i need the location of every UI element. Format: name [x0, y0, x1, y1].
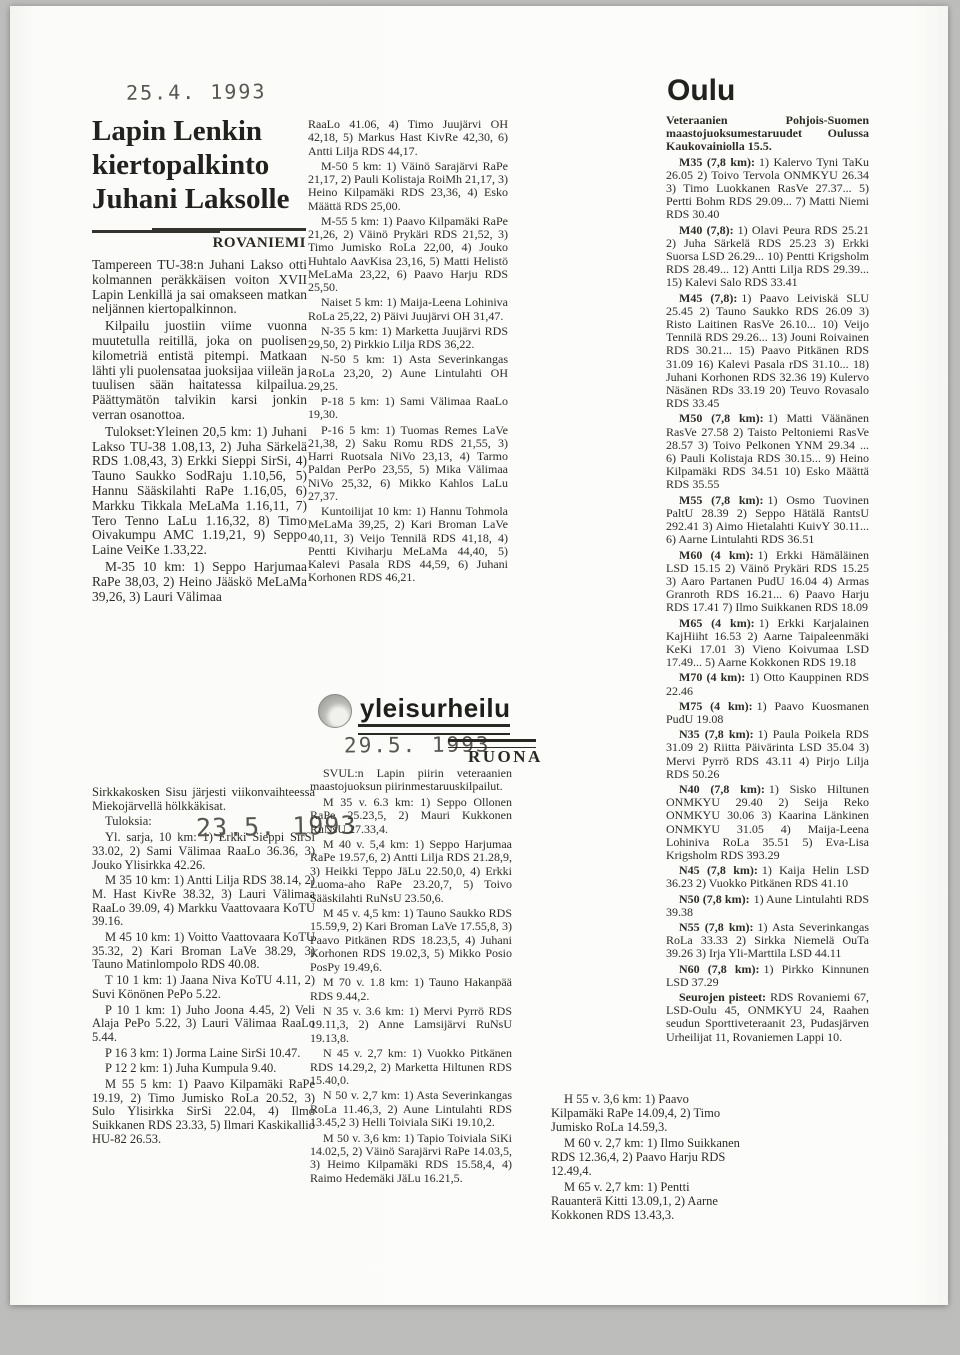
results-paragraph: M50 (7,8 km):1) Matti Väänänen RasVe 27.…	[666, 412, 869, 491]
results-paragraph: M40 (7,8):1) Olavi Peura RDS 25.21 2) Ju…	[666, 224, 869, 290]
results-paragraph: N45 (7,8 km):1) Kaija Helin LSD 36.23 2)…	[666, 864, 869, 890]
results-paragraph: N-35 5 km: 1) Marketta Juujärvi RDS 29,5…	[308, 325, 508, 352]
handwritten-date-lapin: 25.4. 1993	[126, 79, 267, 104]
results-paragraph: P 12 2 km: 1) Juha Kumpula 9.40.	[92, 1062, 315, 1076]
results-paragraph: N60 (7,8 km):1) Pirkko Kinnunen LSD 37.2…	[666, 963, 869, 989]
results-paragraph: M 60 v. 2,7 km: 1) Ilmo Suikkanen RDS 12…	[551, 1136, 743, 1178]
results-paragraph: M 55 5 km: 1) Paavo Kilpamäki RaPe 19.19…	[92, 1078, 315, 1147]
class-label: N55 (7,8 km):	[679, 920, 754, 934]
results-paragraph: M 45 v. 4,5 km: 1) Tauno Saukko RDS 15.5…	[310, 907, 512, 974]
results-text: 1) Paavo Leiviskä SLU 25.45 2) Tauno Sau…	[666, 291, 869, 411]
svul-intro: SVUL:n Lapin piirin veteraanien maastoju…	[310, 767, 512, 794]
results-paragraph: P-18 5 km: 1) Sami Välimaa RaaLo 19,30.	[308, 395, 508, 422]
article-paragraph: Tampereen TU-38:n Juhani Lakso otti kolm…	[92, 258, 307, 317]
results-paragraph: N 35 v. 3.6 km: 1) Mervi Pyrrö RDS 19.11…	[310, 1005, 512, 1045]
results-paragraph: N-50 5 km: 1) Asta Severinkangas RoLa 23…	[308, 353, 508, 393]
results-paragraph: M 65 v. 2,7 km: 1) Pentti Rauanterä Kitt…	[551, 1180, 743, 1222]
dateline-ruona: RUONA	[468, 747, 543, 767]
oulu-results-column: Veteraanien Pohjois-Suomen maastojuoksum…	[666, 114, 869, 1046]
sirkkakoski-intro: Sirkkakosken Sisu järjesti viikonvaihtee…	[92, 786, 315, 813]
results-paragraph: M 50 v. 3,6 km: 1) Tapio Toiviala SiKi 1…	[310, 1132, 512, 1186]
class-label: Seurojen pisteet:	[679, 990, 766, 1004]
results-paragraph: M 35 v. 6.3 km: 1) Seppo Ollonen RaPe 25…	[310, 796, 512, 836]
article-column: Tampereen TU-38:n Juhani Lakso otti kolm…	[92, 258, 307, 606]
scanned-newspaper-page: 25.4. 1993 Lapin Lenkin kiertopalkinto J…	[0, 0, 960, 1355]
svul-results-column-2: H 55 v. 3,6 km: 1) Paavo Kilpamäki RaPe …	[551, 1092, 743, 1224]
results-paragraph: M 45 10 km: 1) Voitto Vaattovaara KoTU 3…	[92, 931, 315, 972]
results-paragraph: M 70 v. 1.8 km: 1) Tauno Hakanpää RDS 9.…	[310, 976, 512, 1003]
divider-line	[152, 228, 306, 231]
class-label: M60 (4 km):	[679, 548, 754, 562]
results-paragraph: Naiset 5 km: 1) Maija-Leena Lohiniva RoL…	[308, 296, 508, 323]
class-label: N50 (7,8 km):	[679, 892, 750, 906]
class-label: N60 (7,8 km):	[679, 962, 760, 976]
results-paragraph: M45 (7,8):1) Paavo Leiviskä SLU 25.45 2)…	[666, 292, 869, 411]
results-paragraph: N40 (7,8 km):1) Sisko Hiltunen ONMKYU 29…	[666, 783, 869, 862]
results-paragraph: M75 (4 km):1) Paavo Kuosmanen PudU 19.08	[666, 700, 869, 726]
results-paragraph: M-50 5 km: 1) Väinö Sarajärvi RaPe 21,17…	[308, 160, 508, 213]
dateline-rovaniemi: ROVANIEMI	[92, 235, 306, 252]
results-paragraph: P 10 1 km: 1) Juho Joona 4.45, 2) Veli A…	[92, 1004, 315, 1045]
results-paragraph: M60 (4 km):1) Erkki Hämäläinen LSD 15.15…	[666, 549, 869, 615]
results-paragraph: RaaLo 41.06, 4) Timo Juujärvi OH 42,18, …	[308, 118, 508, 158]
results-paragraph: M 35 10 km: 1) Antti Lilja RDS 38.14, 2)…	[92, 874, 315, 929]
class-label: M55 (7,8 km):	[679, 493, 763, 507]
yleisurheilu-logo-text: yleisurheilu	[360, 693, 511, 724]
results-paragraph: P-16 5 km: 1) Tuomas Remes LaVe 21,38, 2…	[308, 424, 508, 504]
class-label: N40 (7,8 km):	[679, 782, 765, 796]
class-label: M65 (4 km):	[679, 616, 755, 630]
article-paragraph: Kilpailu juostiin viime vuonna muutetull…	[92, 319, 307, 423]
results-paragraph: H 55 v. 3,6 km: 1) Paavo Kilpamäki RaPe …	[551, 1092, 743, 1134]
results-paragraph: N35 (7,8 km):1) Paula Poikela RDS 31.09 …	[666, 728, 869, 781]
results-paragraph: T 10 1 km: 1) Jaana Niva KoTU 4.11, 2) S…	[92, 974, 315, 1001]
results-paragraph: N50 (7,8 km):1) Aune Lintulahti RDS 39.3…	[666, 893, 869, 919]
results-paragraph: N 45 v. 2,7 km: 1) Vuokko Pitkänen RDS 1…	[310, 1047, 512, 1087]
class-label: N45 (7,8 km):	[679, 863, 758, 877]
results-paragraph: N 50 v. 2,7 km: 1) Asta Severinkangas Ro…	[310, 1089, 512, 1129]
class-label: M70 (4 km):	[679, 670, 745, 684]
class-label: N35 (7,8 km):	[679, 727, 754, 741]
ball-icon	[318, 694, 352, 728]
results-paragraph: M70 (4 km):1) Otto Kauppinen RDS 22.46	[666, 671, 869, 697]
results-paragraph: P 16 3 km: 1) Jorma Laine SirSi 10.47.	[92, 1047, 315, 1061]
results-continuation-column: RaaLo 41.06, 4) Timo Juujärvi OH 42,18, …	[308, 118, 508, 587]
results-paragraph: Seurojen pisteet:RDS Rovaniemi 67, LSD-O…	[666, 991, 869, 1044]
results-paragraph: M55 (7,8 km):1) Osmo Tuovinen PaltU 28.3…	[666, 494, 869, 547]
class-label: M75 (4 km):	[679, 699, 753, 713]
class-label: M35 (7,8 km):	[679, 155, 755, 169]
oulu-intro: Veteraanien Pohjois-Suomen maastojuoksum…	[666, 114, 869, 154]
class-label: M40 (7,8):	[679, 223, 734, 237]
oulu-title: Oulu	[667, 74, 735, 108]
results-paragraph: M65 (4 km):1) Erkki Karjalainen KajHiiht…	[666, 617, 869, 670]
results-paragraph: M35 (7,8 km):1) Kalervo Tyni TaKu 26.05 …	[666, 156, 869, 222]
class-label: M50 (7,8 km):	[679, 411, 764, 425]
results-paragraph: M 40 v. 5,4 km: 1) Seppo Harjumaa RaPe 1…	[310, 838, 512, 905]
results-paragraph: M-55 5 km: 1) Paavo Kilpamäki RaPe 21,26…	[308, 215, 508, 295]
results-paragraph: Tulokset:Yleinen 20,5 km: 1) Juhani Laks…	[92, 425, 307, 558]
class-label: M45 (7,8):	[679, 291, 737, 305]
results-paragraph: M-35 10 km: 1) Seppo Harjumaa RaPe 38,03…	[92, 560, 307, 604]
results-paragraph: N55 (7,8 km):1) Asta Severinkangas RoLa …	[666, 921, 869, 961]
results-paragraph: Kuntoilijat 10 km: 1) Hannu Tohmola MeLa…	[308, 505, 508, 585]
article-headline: Lapin Lenkin kiertopalkinto Juhani Lakso…	[92, 114, 324, 216]
svul-results-column: SVUL:n Lapin piirin veteraanien maastoju…	[310, 767, 512, 1187]
